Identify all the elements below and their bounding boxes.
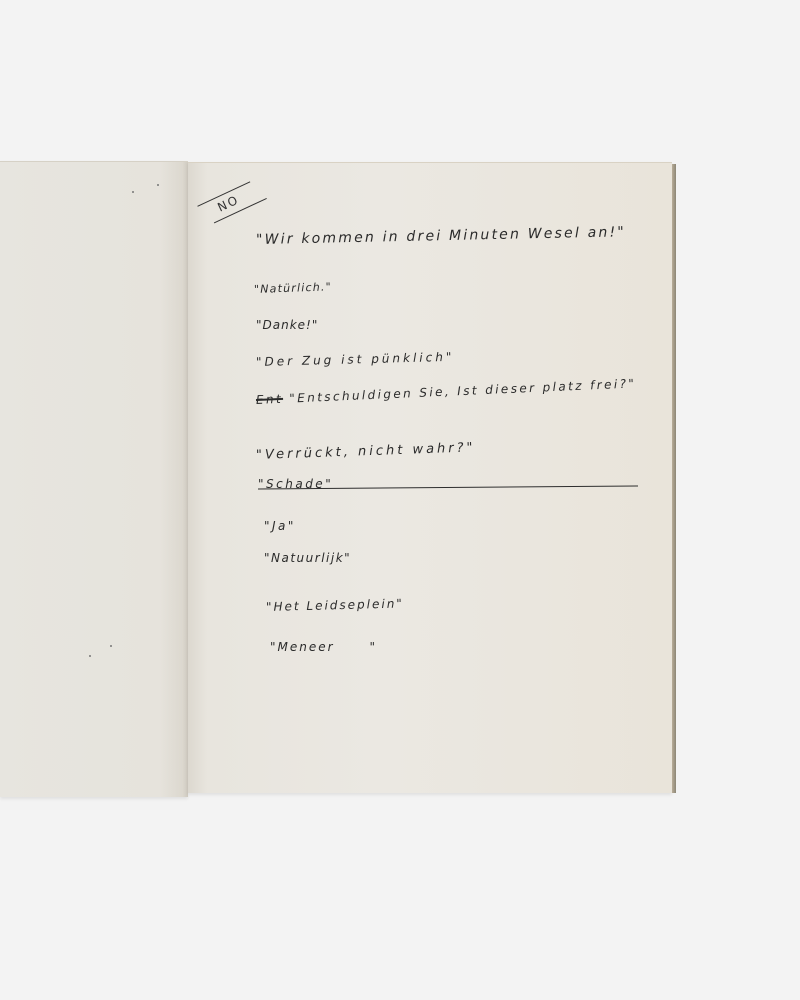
german-phrase-3: "Danke!"	[256, 318, 318, 332]
left-page	[0, 161, 188, 797]
dutch-phrase-1: "Ja"	[264, 519, 296, 533]
dutch-phrase-2: "Natuurlijk"	[264, 551, 351, 565]
ink-speck	[110, 645, 112, 647]
ink-speck	[157, 184, 159, 186]
dutch-phrase-4: "Meneer "	[270, 640, 377, 654]
crossed-out-word: Ent	[256, 392, 284, 407]
page-edge	[672, 164, 676, 793]
german-phrase-2: "Natürlich."	[254, 280, 332, 296]
open-notebook: NO "Wir kommen in drei Minuten Wesel an!…	[0, 0, 800, 1000]
ink-speck	[89, 655, 91, 657]
ink-speck	[132, 191, 134, 193]
